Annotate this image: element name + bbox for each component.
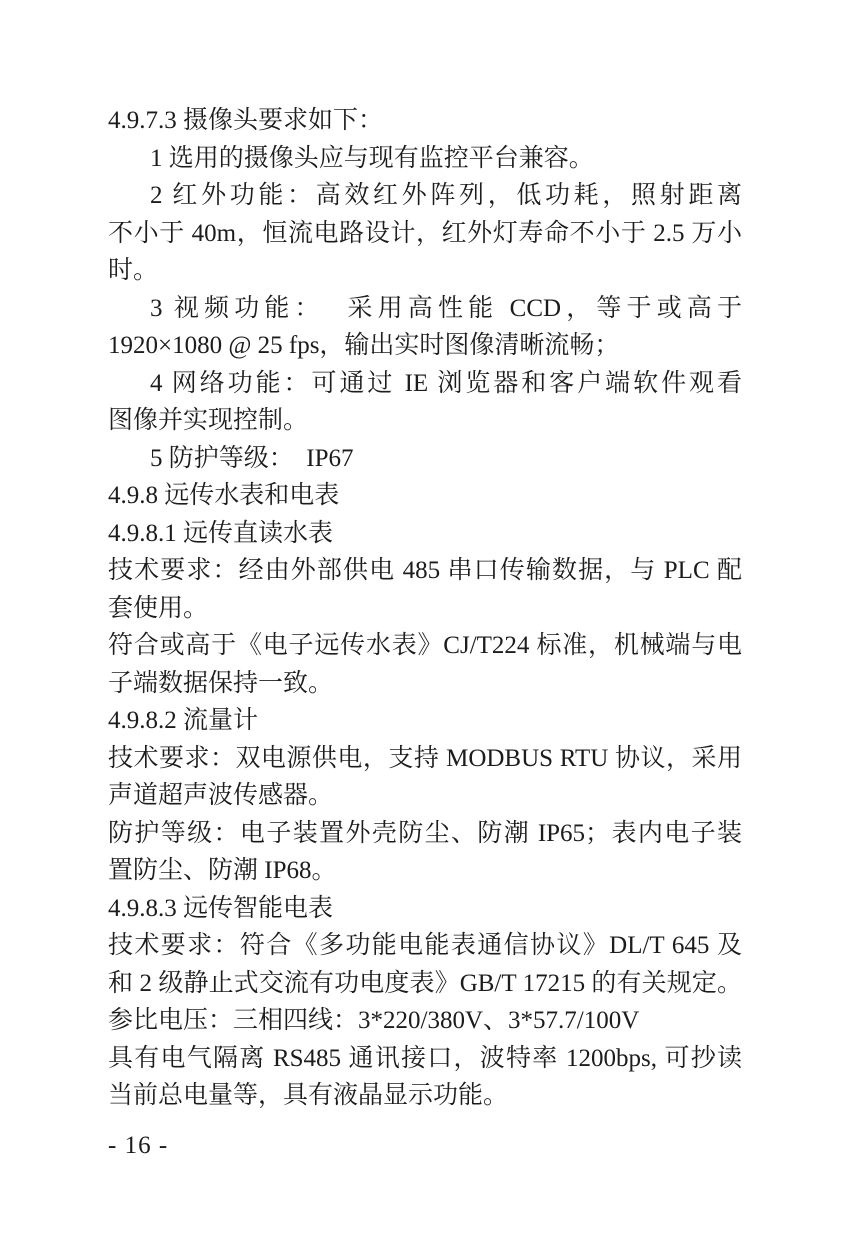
list-item-2: 2 红外功能：高效红外阵列，低功耗，照射距离 xyxy=(108,177,742,215)
body-line: 技术要求：符合《多功能电能表通信协议》DL/T 645 及《1 xyxy=(108,927,742,965)
body-line: 置防尘、防潮 IP68。 xyxy=(108,852,742,890)
section-heading-4-9-7-3: 4.9.7.3 摄像头要求如下： xyxy=(108,102,742,140)
body-line: 图像并实现控制。 xyxy=(108,402,742,440)
body-line: 子端数据保持一致。 xyxy=(108,665,742,703)
section-heading-4-9-8: 4.9.8 远传水表和电表 xyxy=(108,477,742,515)
body-line: 符合或高于《电子远传水表》CJ/T224 标准，机械端与电 xyxy=(108,627,742,665)
body-line: 时。 xyxy=(108,252,742,290)
body-line: 1920×1080 @ 25 fps，输出实时图像清晰流畅； xyxy=(108,327,742,365)
body-line: 技术要求：经由外部供电 485 串口传输数据，与 PLC 配 xyxy=(108,552,742,590)
list-item-4: 4 网络功能：可通过 IE 浏览器和客户端软件观看 xyxy=(108,365,742,403)
body-line: 当前总电量等，具有液晶显示功能。 xyxy=(108,1077,742,1115)
list-item-1: 1 选用的摄像头应与现有监控平台兼容。 xyxy=(108,140,742,178)
list-item-3: 3 视频功能： 采用高性能 CCD，等于或高于 xyxy=(108,290,742,328)
body-line: 声道超声波传感器。 xyxy=(108,777,742,815)
body-line: 具有电气隔离 RS485 通讯接口，波特率 1200bps, 可抄读 xyxy=(108,1040,742,1078)
body-line: 参比电压：三相四线：3*220/380V、3*57.7/100V xyxy=(108,1002,742,1040)
body-line: 防护等级：电子装置外壳防尘、防潮 IP65；表内电子装 xyxy=(108,815,742,853)
section-heading-4-9-8-1: 4.9.8.1 远传直读水表 xyxy=(108,515,742,553)
body-line: 不小于 40m，恒流电路设计，红外灯寿命不小于 2.5 万小 xyxy=(108,215,742,253)
body-line: 和 2 级静止式交流有功电度表》GB/T 17215 的有关规定。 xyxy=(108,965,742,1003)
section-heading-4-9-8-2: 4.9.8.2 流量计 xyxy=(108,702,742,740)
body-line: 技术要求：双电源供电，支持 MODBUS RTU 协议，采用双 xyxy=(108,740,742,778)
body-line: 套使用。 xyxy=(108,590,742,628)
page-number: - 16 - xyxy=(108,1127,742,1165)
document-page: 4.9.7.3 摄像头要求如下： 1 选用的摄像头应与现有监控平台兼容。 2 红… xyxy=(0,0,857,1241)
list-item-5: 5 防护等级： IP67 xyxy=(108,440,742,478)
section-heading-4-9-8-3: 4.9.8.3 远传智能电表 xyxy=(108,890,742,928)
